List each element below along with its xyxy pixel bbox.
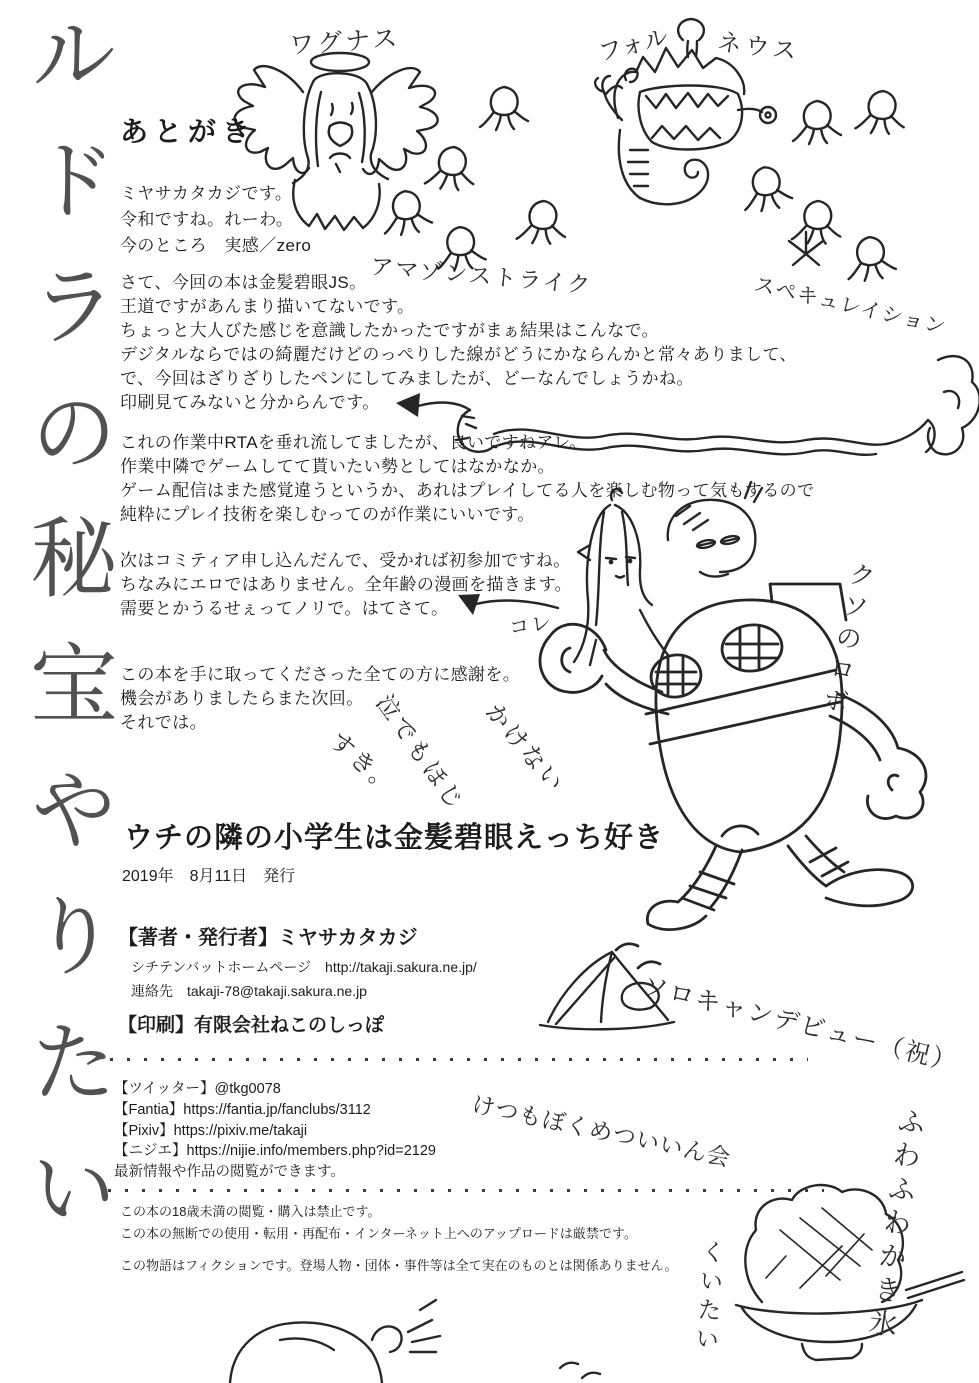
text-line: 次はコミティア申し込んだんで、受かれば初参加ですね。: [120, 549, 572, 573]
eat-note-handwriting: くいたい: [686, 1238, 729, 1356]
links-block: 【ツイッター】@tkg0078 【Fantia】https://fantia.j…: [114, 1079, 436, 1183]
camp-note-handwriting: ソロキャンデビュー（祝）: [639, 966, 962, 1079]
book-title: ウチの隣の小学生は金髪碧眼えっち好き: [124, 815, 664, 856]
paragraph-comitia: 次はコミティア申し込んだんで、受かれば初参加ですね。 ちなみにエロではありません…: [120, 549, 572, 621]
afterword-page: あとがき ミヤサカタカジです。 令和ですね。れーわ。 今のところ 実感／zero…: [0, 0, 979, 1383]
text-line: それでは。: [120, 711, 520, 735]
homepage-url: シチテンバットホームページ http://takaji.sakura.ne.jp…: [131, 957, 477, 977]
text-line: 王道ですがあんまり描いてないです。: [120, 295, 797, 319]
links-note: 最新情報や作品の閲覧ができます。: [114, 1162, 436, 1183]
shaved-ice-doodle: [736, 1185, 964, 1360]
monster-label-left-handwriting: フォル: [594, 17, 671, 68]
sparkle-burst-doodle: [789, 232, 823, 265]
pixiv-url: 【Pixiv】https://pixiv.me/takaji: [114, 1121, 436, 1142]
notice-block: この本の18歳未満の閲覧・購入は禁止です。 この本の無断での使用・転用・再配布・…: [120, 1201, 637, 1245]
paragraph-thanks: この本を手に取ってくださった全ての方に感謝を。 機会がありましたらまた次回。 そ…: [120, 663, 520, 735]
scribble-handwriting: けつもぼくめついいん会: [469, 1086, 734, 1173]
text-line: これの作業中RTAを垂れ流してましたが、良いですねアレ。: [120, 431, 814, 455]
text-line: ちょっと大人びた感じを意識したかったですがまぁ結果はこんなで。: [120, 319, 797, 343]
text-line: で、今回はざりざりしたペンにしてみましたが、どーなんでしょうかね。: [120, 367, 797, 391]
text-line: ゲーム配信はまた感覚違うというか、あれはプレイしてる人を楽しむ物って気もするので: [120, 479, 814, 503]
robot-label-handwriting: クソのロボ: [813, 558, 882, 722]
text-line: この本を手に取ってくださった全ての方に感謝を。: [120, 663, 520, 687]
dotted-separator: [108, 1189, 824, 1192]
fiction-disclaimer: この物語はフィクションです。登場人物・団体・事件等は全て実在のものとは関係ありま…: [120, 1255, 677, 1277]
text-line: 純粋にプレイ技術を楽しむってのが作業にいいです。: [120, 503, 814, 527]
publish-date: 2019年 8月11日 発行: [122, 863, 295, 886]
text-line: デジタルならではの綺麗だけどのっぺりした線がどうにかならんかと常々ありまして、: [120, 343, 797, 367]
angel-label-handwriting: ワグナス: [288, 18, 401, 62]
nijie-url: 【ニジエ】https://nijie.info/members.php?id=2…: [114, 1141, 436, 1162]
bird-doodle: [230, 1300, 600, 1383]
twitter-handle: 【ツイッター】@tkg0078: [114, 1079, 436, 1100]
margin-handwriting: ルドラの秘宝やりたい: [4, 8, 130, 1268]
text-line: 令和ですね。れーわ。: [120, 207, 311, 233]
text-line: 機会がありましたらまた次回。: [120, 687, 520, 711]
scribble-handwriting: かけない: [479, 694, 575, 799]
dotted-separator: [110, 1058, 808, 1061]
text-line: 作業中隣でゲームしてて貰いたい勢としてはなかなか。: [120, 455, 814, 479]
text-line: ミヤサカタカジです。: [120, 181, 311, 207]
text-line: 今のところ 実感／zero: [120, 233, 311, 259]
shaved-ice-note-handwriting: ふわふわかき氷: [870, 1104, 932, 1268]
fantia-url: 【Fantia】https://fantia.jp/fanclubs/3112: [114, 1100, 436, 1121]
right-margin-blob-doodle: [928, 356, 979, 454]
no-redistribution-notice: この本の無断での使用・転用・再配布・インターネット上へのアップロードは厳禁です。: [120, 1223, 637, 1245]
age-restriction-notice: この本の18歳未満の閲覧・購入は禁止です。: [120, 1201, 637, 1223]
paragraph-about-book: さて、今回の本は金髪碧眼JS。 王道ですがあんまり描いてないです。 ちょっと大人…: [120, 271, 797, 415]
monster-label-right-handwriting: ネウス: [716, 22, 803, 67]
paragraph-rta: これの作業中RTAを垂れ流してましたが、良いですねアレ。 作業中隣でゲームしてて…: [120, 431, 814, 527]
printer-info: 【印刷】有限会社ねこのしっぽ: [118, 1010, 384, 1037]
robot-doodle: [540, 584, 926, 968]
text-line: ちなみにエロではありません。全年齢の漫画を描きます。: [120, 573, 572, 597]
paragraph-intro: ミヤサカタカジです。 令和ですね。れーわ。 今のところ 実感／zero: [120, 181, 311, 259]
arrow-note-handwriting: コレ: [507, 606, 555, 641]
contact-email: 連絡先 takaji-78@takaji.sakura.ne.jp: [131, 981, 367, 1001]
page-title: あとがき: [120, 110, 256, 150]
text-line: 需要とかうるせぇってノリで。はてさて。: [120, 597, 572, 621]
author-publisher: 【著者・発行者】ミヤサカタカジ: [118, 921, 418, 950]
octopus-creatures-doodle: [381, 87, 908, 282]
text-line: 印刷見てみないと分からんです。: [120, 391, 797, 415]
